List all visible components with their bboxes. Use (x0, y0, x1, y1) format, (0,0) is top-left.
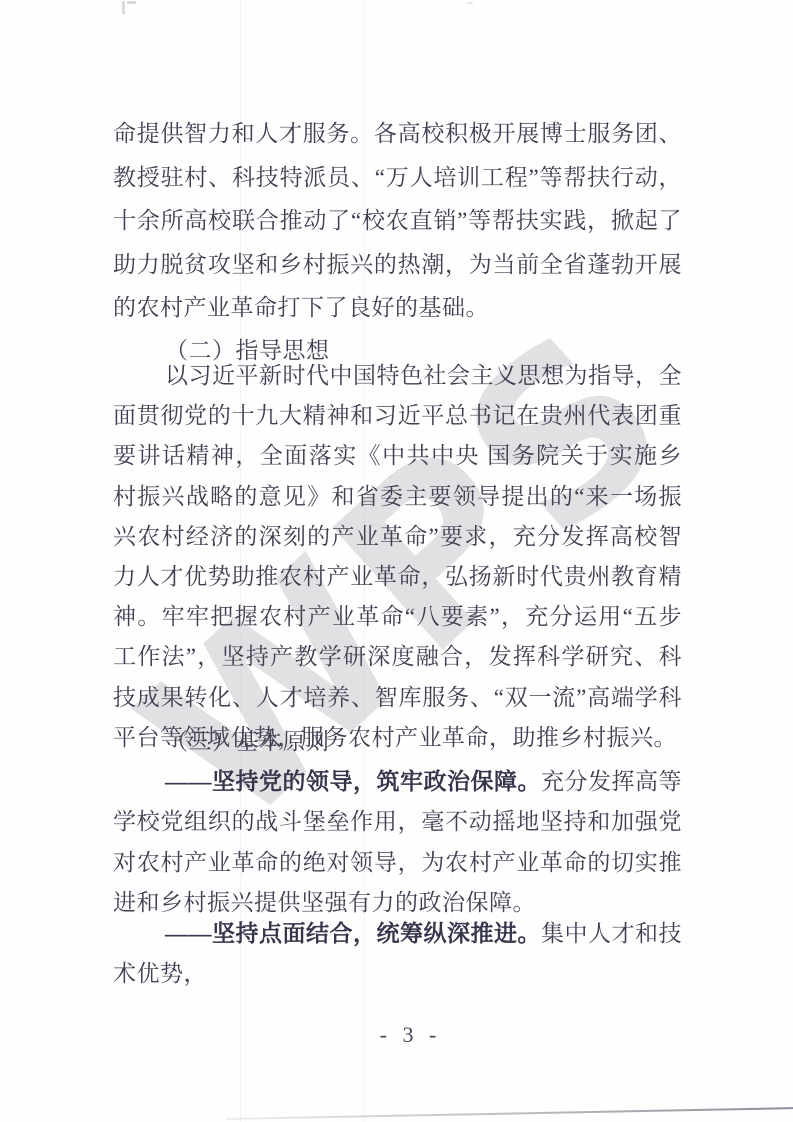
page-number: - 3 - (14, 1022, 793, 1048)
paragraph-principle-point-area: ——坚持点面结合，统筹纵深推进。集中人才和技术优势， (113, 914, 682, 994)
scan-speck-3 (467, 2, 473, 4)
heading-basic-principles: （三）基本原则 (113, 722, 682, 762)
paragraph-guiding-ideology: 以习近平新时代中国特色社会主义思想为指导，全面贯彻党的十九大精神和习近平总书记在… (113, 356, 682, 758)
paragraph-continuation-from-previous-page: 命提供智力和人才服务。各高校积极开展博士服务团、教授驻村、科技特派员、“万人培训… (113, 112, 682, 330)
scan-speck-2 (127, 1, 136, 4)
principle-party-lead-bold: ——坚持党的领导，筑牢政治保障。 (165, 769, 541, 794)
scanned-document-page: WPS 命提供智力和人才服务。各高校积极开展博士服务团、教授驻村、科技特派员、“… (0, 0, 793, 1122)
principle-point-area-lead-bold: ——坚持点面结合，统筹纵深推进。 (165, 921, 541, 946)
scan-edge-line (226, 1107, 793, 1120)
paragraph-principle-party-leadership: ——坚持党的领导，筑牢政治保障。充分发挥高等学校党组织的战斗堡垒作用，毫不动摇地… (113, 762, 682, 923)
scan-speck-1 (122, 1, 125, 14)
